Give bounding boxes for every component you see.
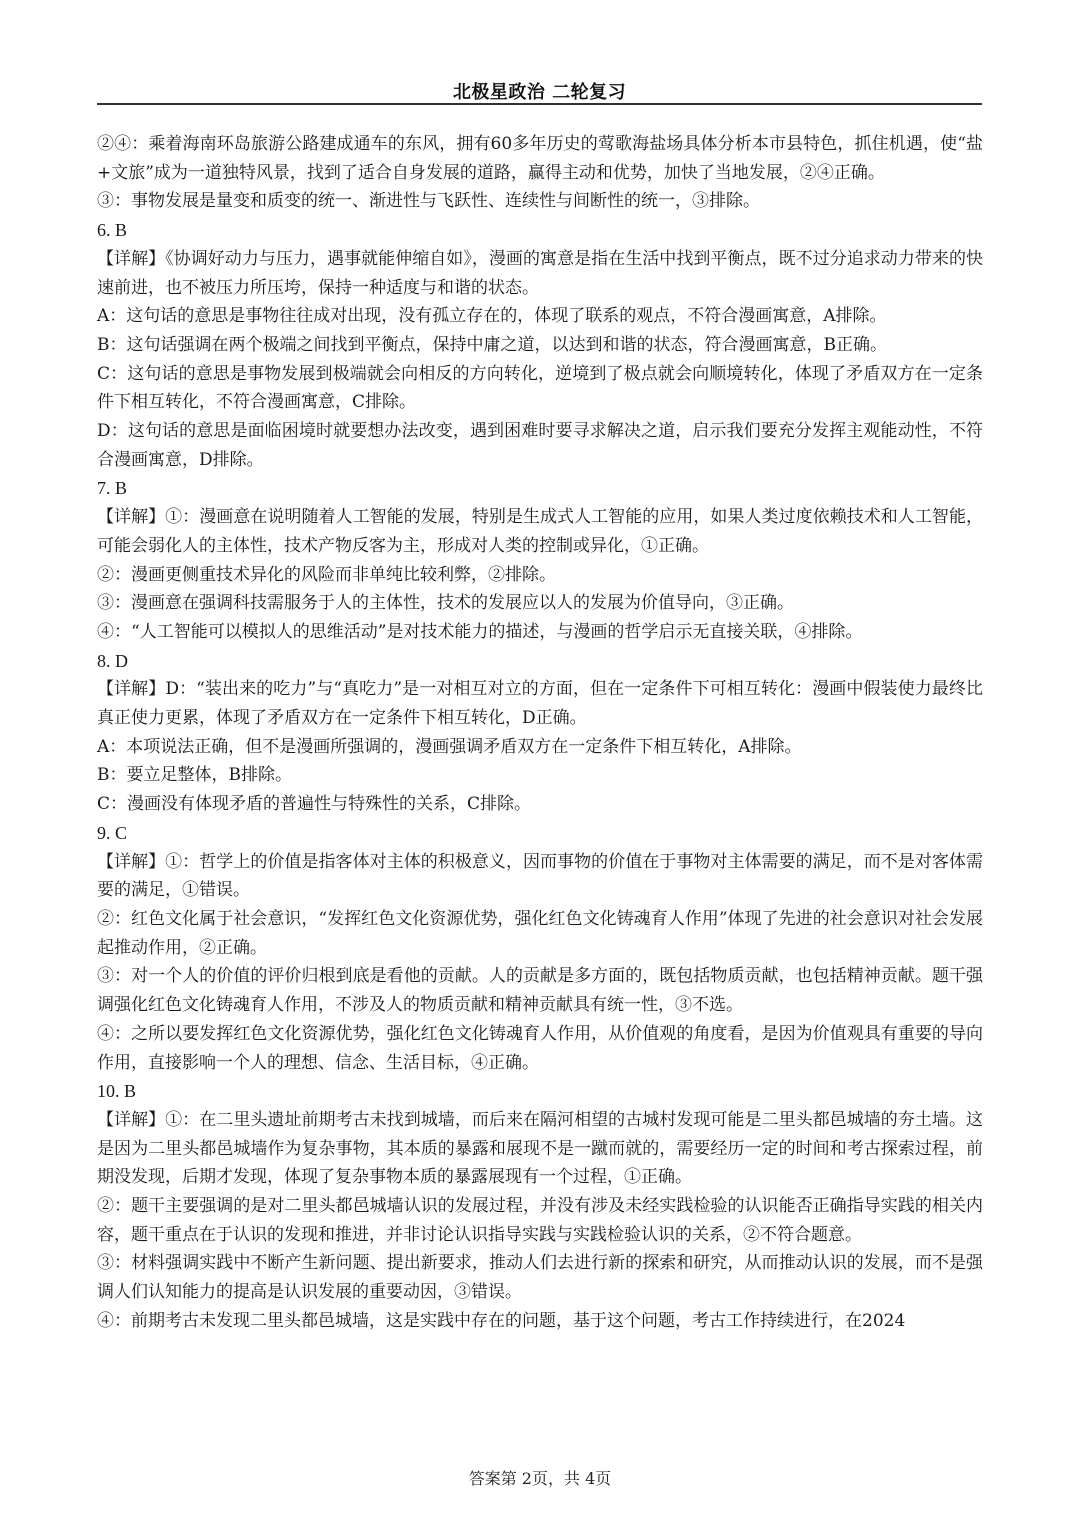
answer-paragraph: 【详解】①：哲学上的价值是指客体对主体的积极意义，因而事物的价值在于事物对主体需… — [97, 848, 983, 905]
answer-paragraph: 【详解】D：“装出来的吃力”与“真吃力”是一对相互对立的方面，但在一定条件下可相… — [97, 675, 983, 732]
answer-paragraph: B：这句话强调在两个极端之间找到平衡点，保持中庸之道，以达到和谐的状态，符合漫画… — [97, 331, 983, 360]
answer-paragraph: ④：前期考古未发现二里头都邑城墙，这是实践中存在的问题，基于这个问题，考古工作持… — [97, 1307, 983, 1336]
answer-paragraph: ④：“人工智能可以模拟人的思维活动”是对技术能力的描述，与漫画的哲学启示无直接关… — [97, 618, 983, 647]
answer-paragraph: ②：漫画更侧重技术异化的风险而非单纯比较利弊，②排除。 — [97, 561, 983, 590]
answer-body: ②④：乘着海南环岛旅游公路建成通车的东风，拥有60多年历史的莺歌海盐场具体分析本… — [97, 130, 983, 1336]
answer-paragraph: C：这句话的意思是事物发展到极端就会向相反的方向转化，逆境到了极点就会向顺境转化… — [97, 360, 983, 417]
answer-paragraph: ③：对一个人的价值的评价归根到底是看他的贡献。人的贡献是多方面的，既包括物质贡献… — [97, 962, 983, 1019]
answer-paragraph: D：这句话的意思是面临困境时就要想办法改变，遇到困难时要寻求解决之道，启示我们要… — [97, 417, 983, 474]
question-answer-heading: 9. C — [97, 819, 983, 848]
answer-paragraph: C：漫画没有体现矛盾的普遍性与特殊性的关系，C排除。 — [97, 790, 983, 819]
answer-paragraph: ②：题干主要强调的是对二里头都邑城墙认识的发展过程，并没有涉及未经实践检验的认识… — [97, 1192, 983, 1249]
document-page: 北极星政治 二轮复习 ②④：乘着海南环岛旅游公路建成通车的东风，拥有60多年历史… — [0, 0, 1080, 1528]
answer-paragraph: ③：材料强调实践中不断产生新问题、提出新要求，推动人们去进行新的探索和研究，从而… — [97, 1249, 983, 1306]
question-answer-heading: 10. B — [97, 1077, 983, 1106]
question-answer-heading: 7. B — [97, 474, 983, 503]
answer-paragraph: ②：红色文化属于社会意识，“发挥红色文化资源优势，强化红色文化铸魂育人作用”体现… — [97, 905, 983, 962]
answer-paragraph: ③：漫画意在强调科技需服务于人的主体性，技术的发展应以人的发展为价值导向，③正确… — [97, 589, 983, 618]
answer-paragraph: B：要立足整体，B排除。 — [97, 761, 983, 790]
answer-paragraph: ②④：乘着海南环岛旅游公路建成通车的东风，拥有60多年历史的莺歌海盐场具体分析本… — [97, 130, 983, 187]
answer-paragraph: ③：事物发展是量变和质变的统一、渐进性与飞跃性、连续性与间断性的统一，③排除。 — [97, 187, 983, 216]
page-header-title: 北极星政治 二轮复习 — [97, 78, 982, 104]
answer-paragraph: ④：之所以要发挥红色文化资源优势，强化红色文化铸魂育人作用，从价值观的角度看，是… — [97, 1020, 983, 1077]
question-answer-heading: 8. D — [97, 647, 983, 676]
question-answer-heading: 6. B — [97, 216, 983, 245]
answer-paragraph: A：本项说法正确，但不是漫画所强调的，漫画强调矛盾双方在一定条件下相互转化，A排… — [97, 733, 983, 762]
answer-paragraph: 【详解】①：漫画意在说明随着人工智能的发展，特别是生成式人工智能的应用，如果人类… — [97, 503, 983, 560]
header-divider — [97, 103, 982, 105]
answer-paragraph: 【详解】①：在二里头遗址前期考古未找到城墙，而后来在隔河相望的古城村发现可能是二… — [97, 1106, 983, 1192]
page-footer-number: 答案第 2页，共 4页 — [0, 1466, 1080, 1489]
answer-paragraph: 【详解】《协调好动力与压力，遇事就能伸缩自如》，漫画的寓意是指在生活中找到平衡点… — [97, 245, 983, 302]
answer-paragraph: A：这句话的意思是事物往往成对出现，没有孤立存在的，体现了联系的观点，不符合漫画… — [97, 302, 983, 331]
